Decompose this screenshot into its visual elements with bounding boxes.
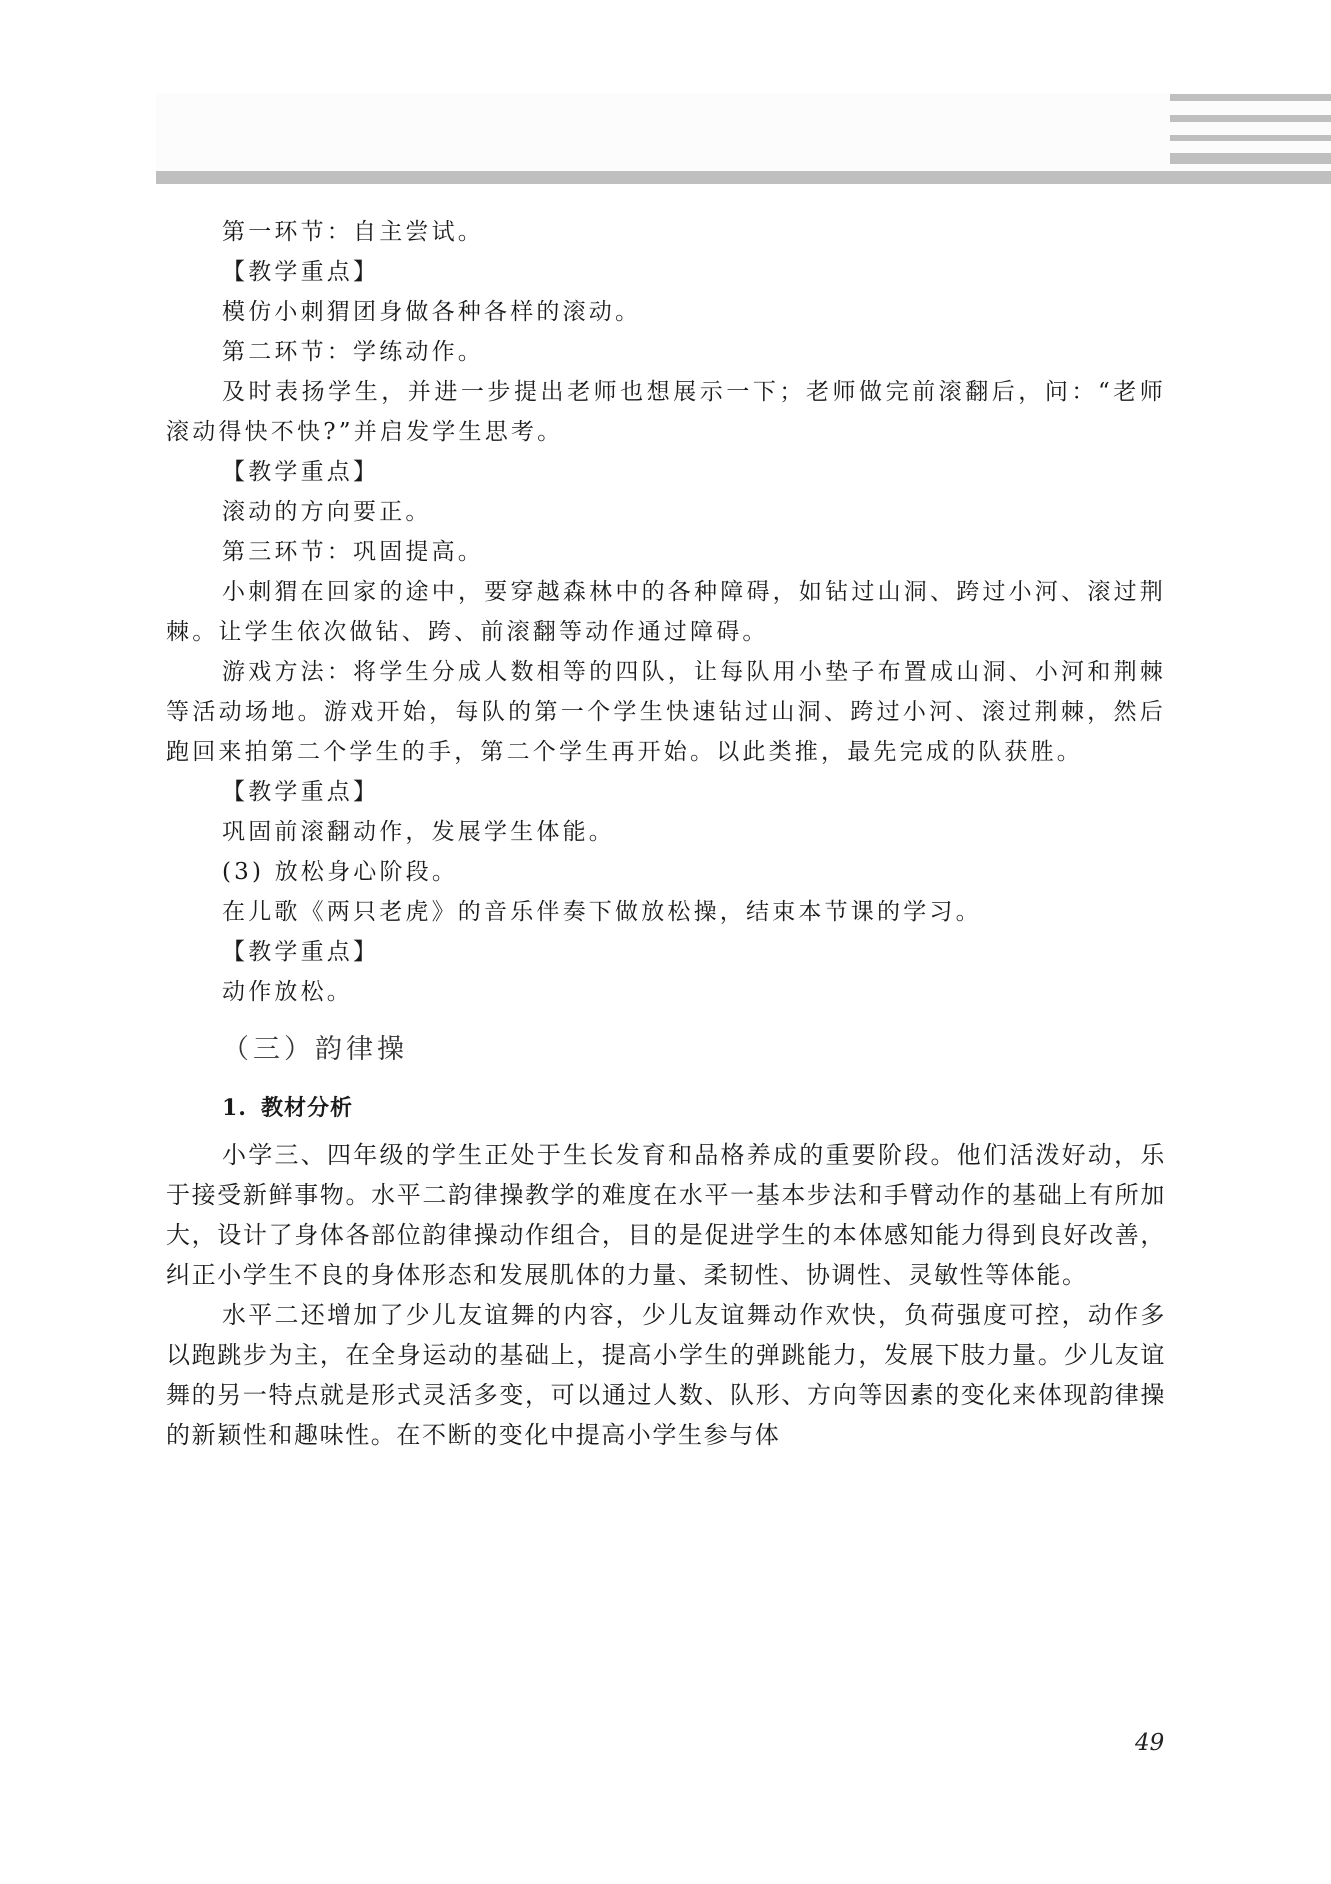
teaching-focus-label: 【教学重点】 xyxy=(166,932,1166,972)
teaching-focus-label: 【教学重点】 xyxy=(166,252,1166,292)
paragraph-praise: 及时表扬学生，并进一步提出老师也想展示一下；老师做完前滚翻后，问：“老师滚动得快… xyxy=(166,372,1166,452)
paragraph-game-method: 游戏方法：将学生分成人数相等的四队，让每队用小垫子布置成山洞、小河和荆棘等活动场… xyxy=(166,652,1166,772)
teaching-focus-label: 【教学重点】 xyxy=(166,452,1166,492)
paragraph-hedgehog: 小刺猬在回家的途中，要穿越森林中的各种障碍，如钻过山洞、跨过小河、滚过荆棘。让学… xyxy=(166,572,1166,652)
teaching-focus-text: 巩固前滚翻动作，发展学生体能。 xyxy=(166,812,1166,852)
header-decor-stripe xyxy=(1170,153,1331,164)
teaching-focus-text: 模仿小刺猬团身做各种各样的滚动。 xyxy=(166,292,1166,332)
teaching-focus-text: 动作放松。 xyxy=(166,972,1166,1012)
page-header-rule xyxy=(156,171,1331,184)
subsection-number: 1. xyxy=(222,1095,247,1121)
header-decor-stripe xyxy=(1170,115,1331,122)
page-header-band xyxy=(156,93,1331,171)
relax-stage-text: 在儿歌《两只老虎》的音乐伴奏下做放松操，结束本节课的学习。 xyxy=(166,892,1166,932)
header-decor-stripe xyxy=(1170,94,1331,101)
page-number: 49 xyxy=(1135,1730,1164,1756)
teaching-focus-text: 滚动的方向要正。 xyxy=(166,492,1166,532)
paragraph-analysis-2: 水平二还增加了少儿友谊舞的内容，少儿友谊舞动作欢快，负荷强度可控，动作多以跑跳步… xyxy=(166,1295,1166,1455)
paragraph-analysis-1: 小学三、四年级的学生正处于生长发育和品格养成的重要阶段。他们活泼好动，乐于接受新… xyxy=(166,1135,1166,1295)
subsection-title: 1.教材分析 xyxy=(166,1088,1166,1129)
step-three-heading: 第三环节：巩固提高。 xyxy=(166,532,1166,572)
subsection-label: 教材分析 xyxy=(261,1096,353,1121)
step-one-heading: 第一环节：自主尝试。 xyxy=(166,212,1166,252)
teaching-focus-label: 【教学重点】 xyxy=(166,772,1166,812)
section-title: （三）韵律操 xyxy=(166,1030,1166,1070)
relax-stage-heading: (3) 放松身心阶段。 xyxy=(166,852,1166,892)
page-body: 第一环节：自主尝试。 【教学重点】 模仿小刺猬团身做各种各样的滚动。 第二环节：… xyxy=(166,212,1166,1455)
step-two-heading: 第二环节：学练动作。 xyxy=(166,332,1166,372)
header-decor-stripe xyxy=(1170,135,1331,141)
